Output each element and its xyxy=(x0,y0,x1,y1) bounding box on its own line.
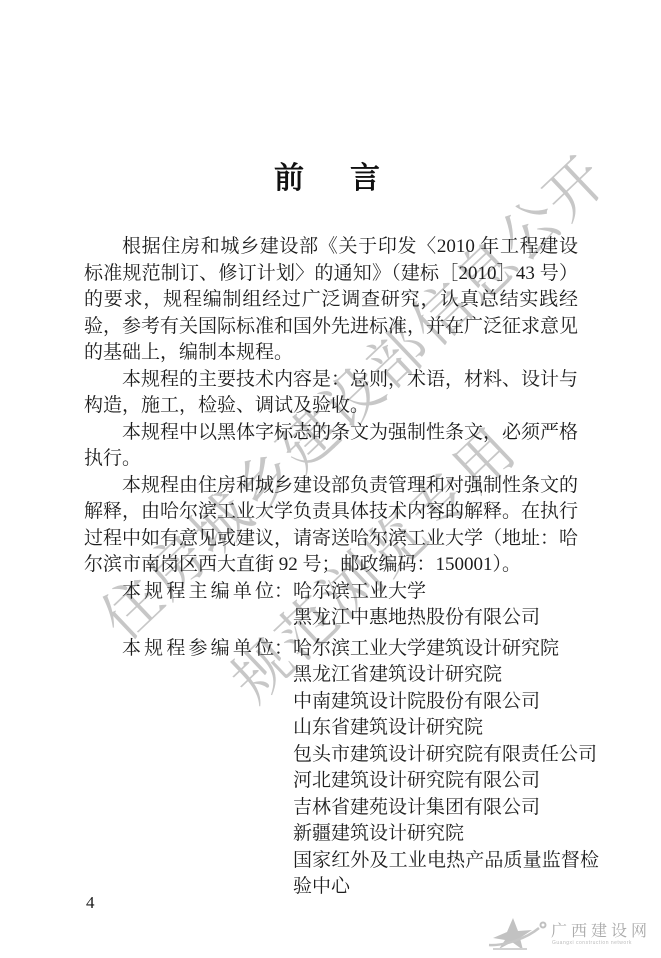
document-content: 前 言 根据住房和城乡建设部《关于印发〈2010 年工程建设标准规范制订、修订计… xyxy=(84,158,578,901)
list-item: 国家红外及工业电热产品质量监督检验中心 xyxy=(293,848,599,901)
list-item: 黑龙江中惠地热股份有限公司 xyxy=(293,605,599,632)
list-item: 中南建筑设计院股份有限公司 xyxy=(293,689,599,716)
document-page: { "title": "前 言", "paragraphs": { "p1": … xyxy=(0,0,661,958)
star-logo-icon xyxy=(487,912,549,952)
chief-editor-units-block: 本规程主编单位 ： 哈尔滨工业大学 黑龙江中惠地热股份有限公司 xyxy=(84,579,578,632)
chief-editor-units-colon: ： xyxy=(274,579,293,606)
site-logo-tagline: Guangxi construction network xyxy=(552,940,632,946)
list-item: 哈尔滨工业大学 xyxy=(293,579,599,606)
participating-units-block: 本规程参编单位 ： 哈尔滨工业大学建筑设计研究院 黑龙江省建筑设计研究院 中南建… xyxy=(84,636,578,901)
list-item: 新疆建筑设计研究院 xyxy=(293,821,599,848)
list-item: 哈尔滨工业大学建筑设计研究院 xyxy=(293,636,599,663)
paragraph-mandatory-clauses: 本规程中以黑体字标志的条文为强制性条文，必须严格执行。 xyxy=(84,420,578,473)
paragraph-administration: 本规程由住房和城乡建设部负责管理和对强制性条文的解释，由哈尔滨工业大学负责具体技… xyxy=(84,473,578,579)
list-item: 吉林省建苑设计集团有限公司 xyxy=(293,795,599,822)
list-item: 黑龙江省建筑设计研究院 xyxy=(293,662,599,689)
page-number: 4 xyxy=(86,893,95,913)
logo-small-caption-smudge xyxy=(493,948,527,950)
list-item: 河北建筑设计研究院有限公司 xyxy=(293,768,599,795)
participating-units-list: 哈尔滨工业大学建筑设计研究院 黑龙江省建筑设计研究院 中南建筑设计院股份有限公司… xyxy=(293,636,599,901)
participating-units-label: 本规程参编单位 xyxy=(122,636,274,663)
paragraph-basis: 根据住房和城乡建设部《关于印发〈2010 年工程建设标准规范制订、修订计划〉的通… xyxy=(84,234,578,367)
participating-units-colon: ： xyxy=(274,636,293,663)
site-logo-name: 广西建设网 xyxy=(551,918,651,941)
chief-editor-units-list: 哈尔滨工业大学 黑龙江中惠地热股份有限公司 xyxy=(293,579,599,632)
chief-editor-units-label: 本规程主编单位 xyxy=(122,579,274,606)
list-item: 山东省建筑设计研究院 xyxy=(293,715,599,742)
site-watermark-logo: 广西建设网 Guangxi construction network xyxy=(485,894,655,952)
list-item: 包头市建筑设计研究院有限责任公司 xyxy=(293,742,599,769)
page-title: 前 言 xyxy=(84,158,578,200)
paragraph-technical-content: 本规程的主要技术内容是：总则，术语，材料、设计与构造，施工，检验、调试及验收。 xyxy=(84,367,578,420)
